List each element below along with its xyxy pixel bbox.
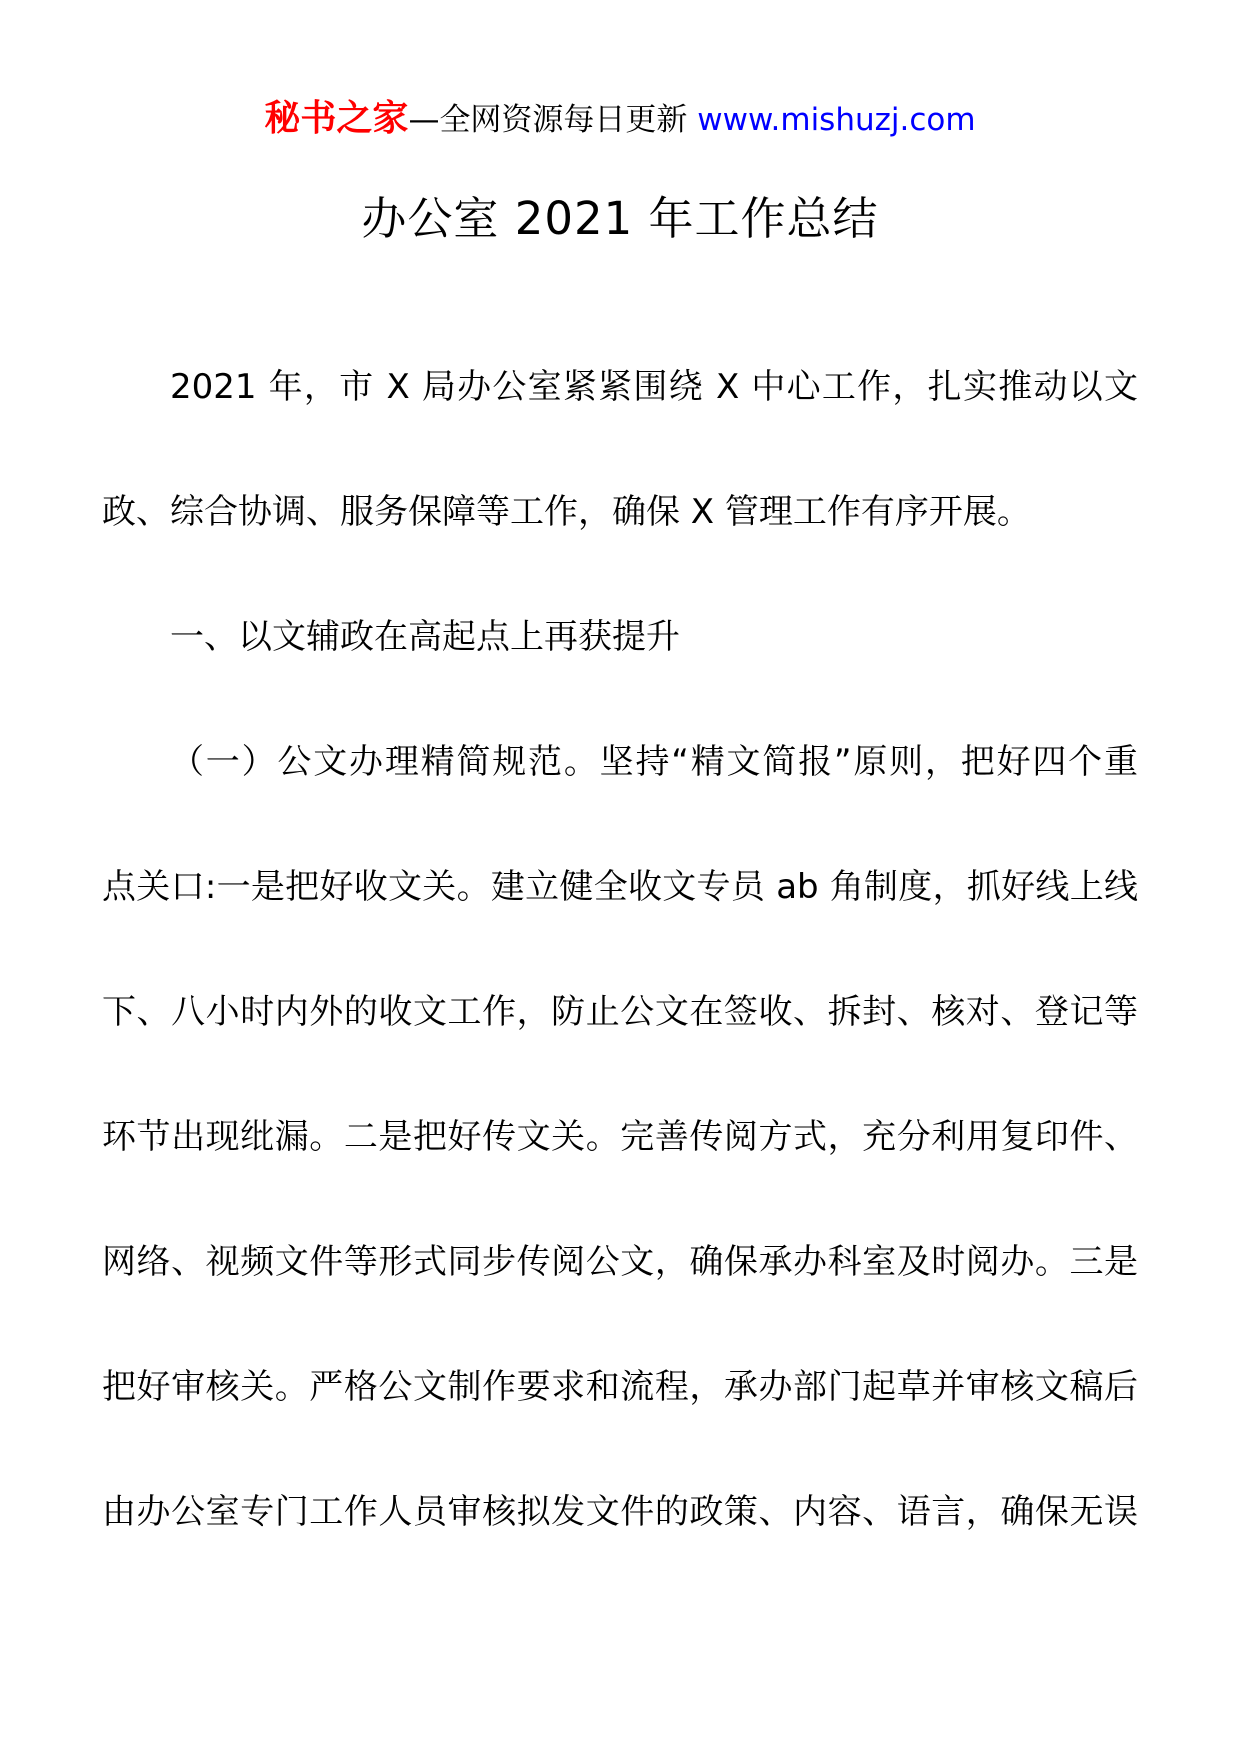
body-line: 政、综合协调、服务保障等工作，确保 X 管理工作有序开展。 [102,450,1138,575]
site-name: 秘书之家 [264,98,408,139]
body-line: （一）公文办理精简规范。坚持“精文简报”原则，把好四个重 [102,700,1138,825]
document-page: 秘书之家—全网资源每日更新 www.mishuzj.com 办公室 2021 年… [0,0,1240,1754]
body-line: 点关口:一是把好收文关。建立健全收文专员 ab 角制度，抓好线上线 [102,825,1138,950]
site-tagline: —全网资源每日更新 [408,102,697,138]
body-line: 网络、视频文件等形式同步传阅公文，确保承办科室及时阅办。三是 [102,1200,1138,1325]
body-line: 一、以文辅政在高起点上再获提升 [102,575,1138,700]
body-line: 2021 年，市 X 局办公室紧紧围绕 X 中心工作，扎实推动以文辅 [102,325,1138,450]
body-line: 下、八小时内外的收文工作，防止公文在签收、拆封、核对、登记等 [102,950,1138,1075]
document-title: 办公室 2021 年工作总结 [0,189,1240,249]
body-line: 环节出现纰漏。二是把好传文关。完善传阅方式，充分利用复印件、 [102,1075,1138,1200]
body-line: 把好审核关。严格公文制作要求和流程，承办部门起草并审核文稿后 [102,1325,1138,1450]
site-header: 秘书之家—全网资源每日更新 www.mishuzj.com [0,0,1240,141]
document-body: 2021 年，市 X 局办公室紧紧围绕 X 中心工作，扎实推动以文辅政、综合协调… [0,325,1240,1575]
body-line: 由办公室专门工作人员审核拟发文件的政策、内容、语言，确保无误 [102,1450,1138,1575]
site-url-link[interactable]: www.mishuzj.com [697,102,975,138]
